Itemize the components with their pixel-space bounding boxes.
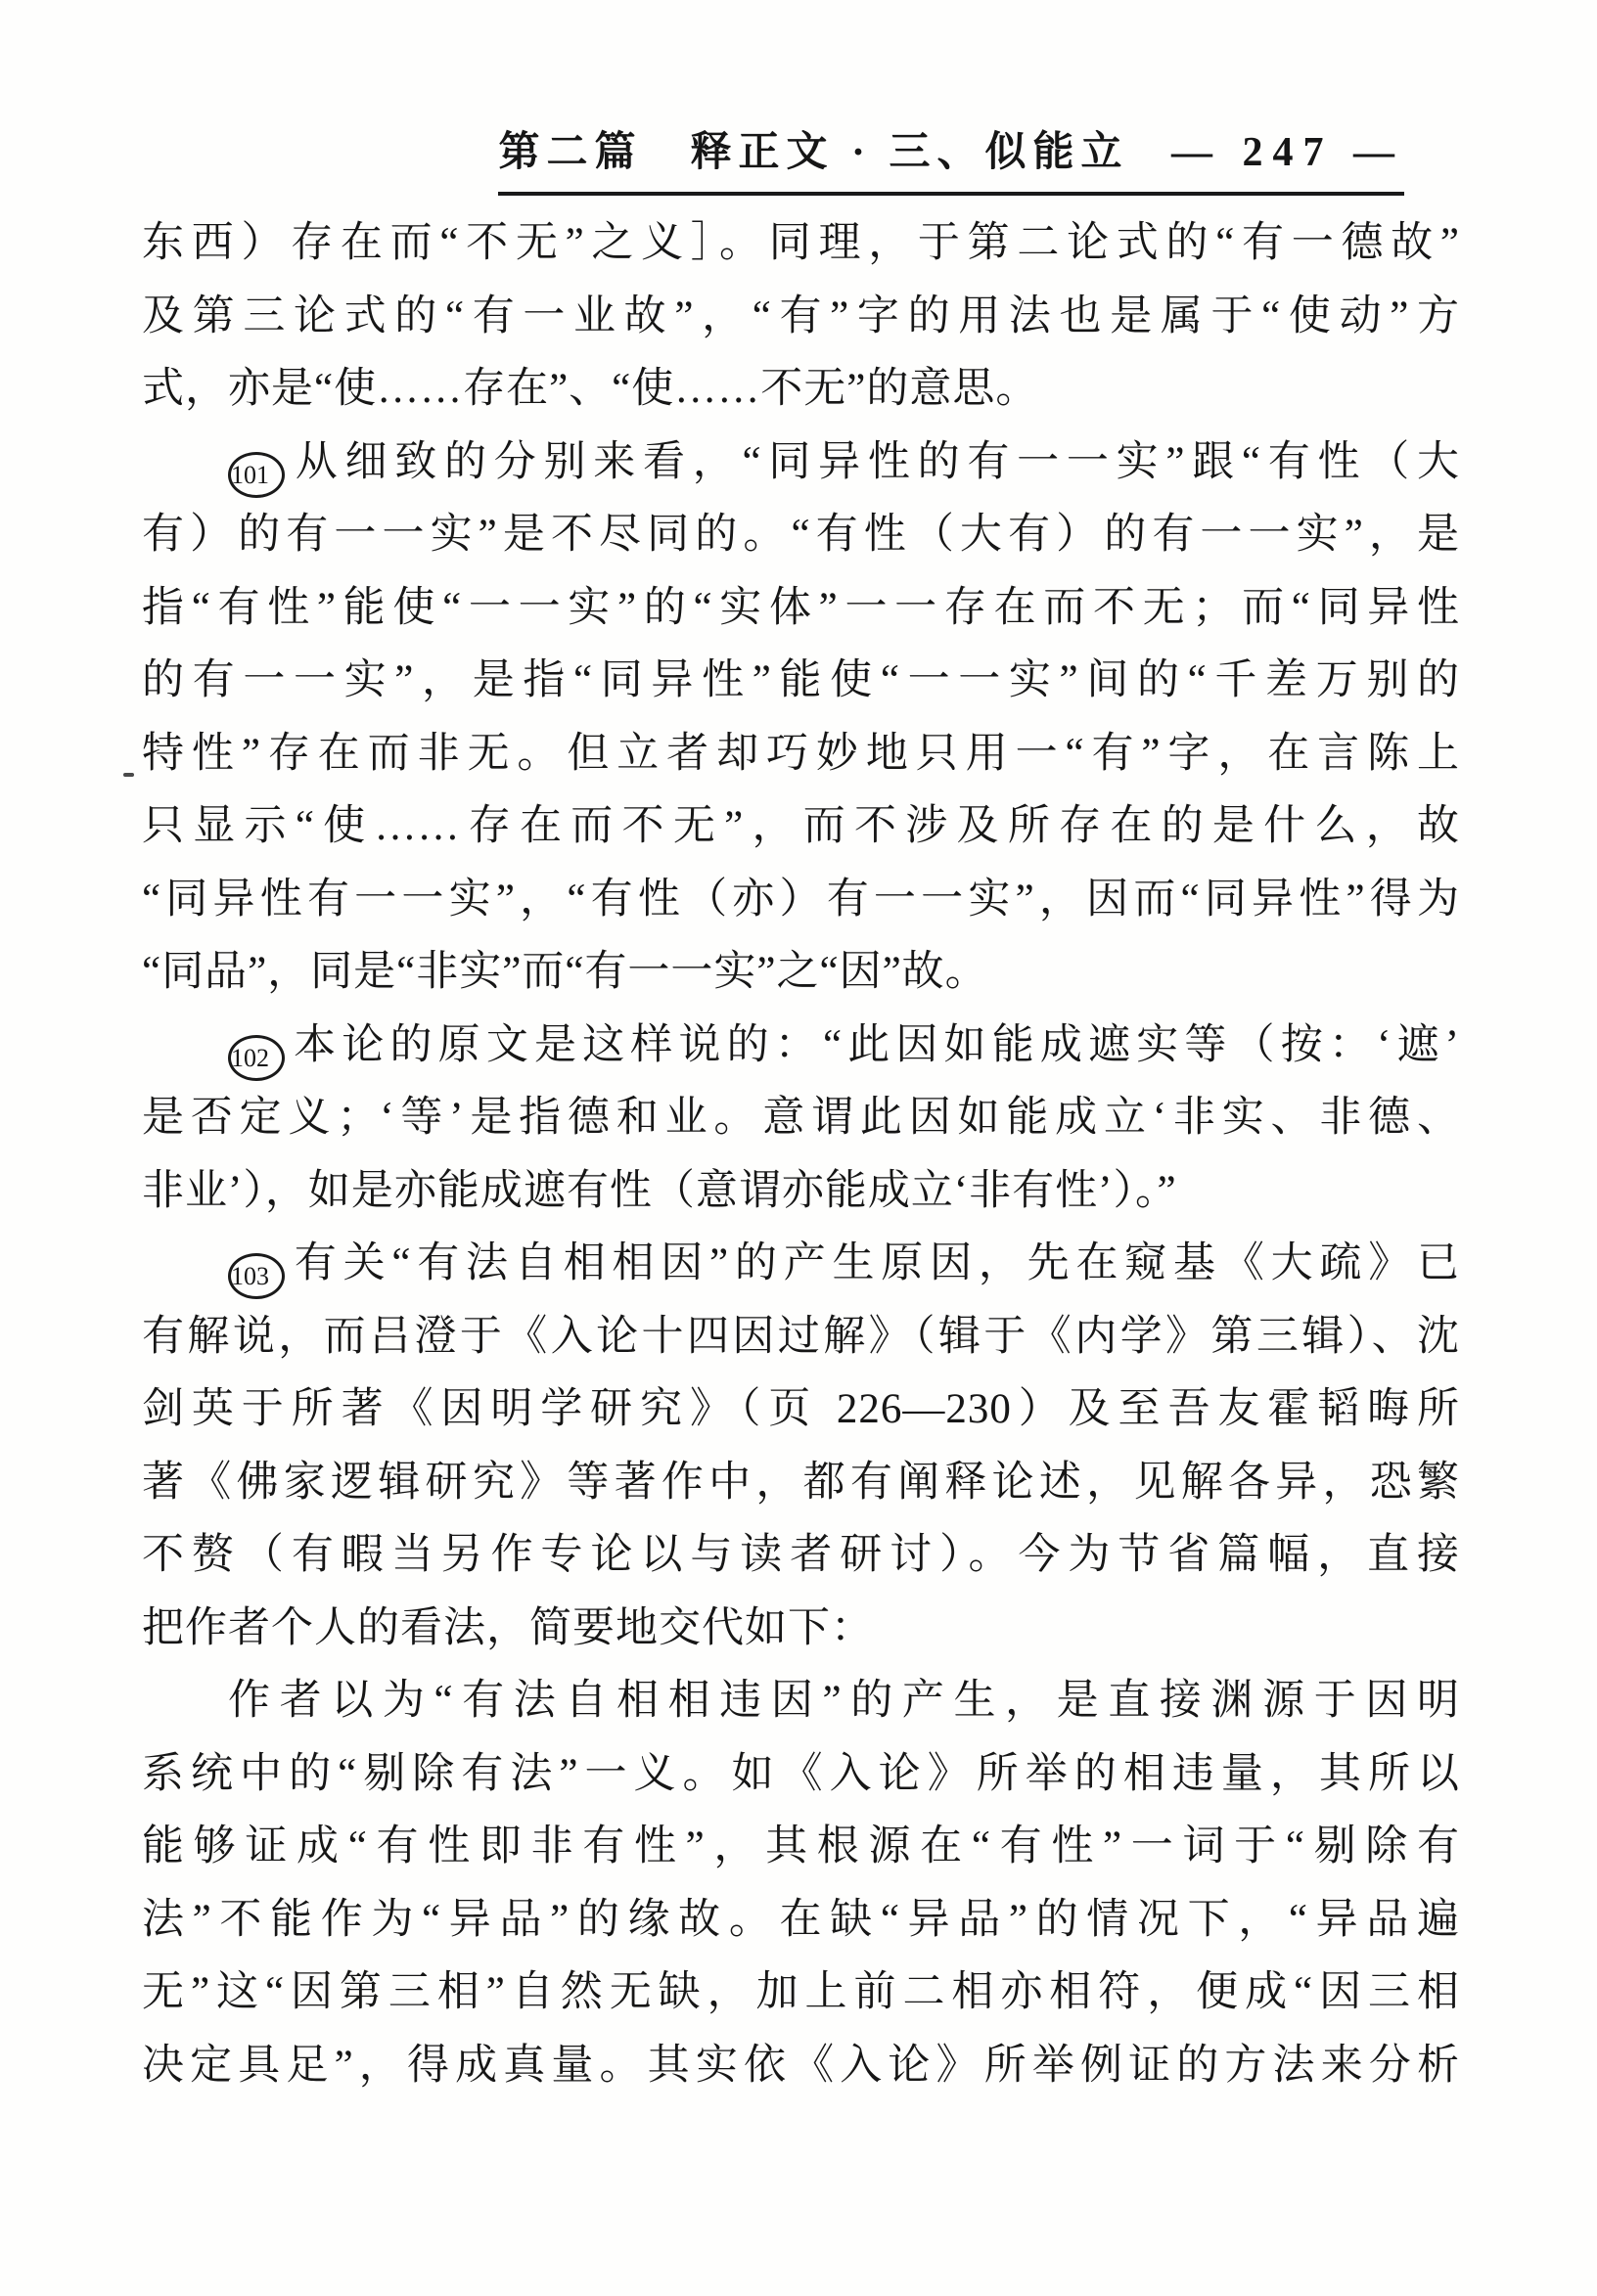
text-line-content: 本论的原文是这样说的：“此因如能成遮实等（按：‘遮’ xyxy=(289,1022,1460,1068)
text-line: 是否定义；‘等’是指德和业。意谓此因如能成立‘非实、非德、 xyxy=(142,1082,1460,1155)
text-line: 式，亦是“使……存在”、“使……不无”的意思。 xyxy=(142,353,1460,427)
text-line: 无”这“因第三相”自然无缺，加上前二相亦相符，便成“因三相 xyxy=(142,1957,1460,2030)
page-header: 第二篇 释正文 · 三、似能立 — 247 — xyxy=(498,119,1404,196)
scan-artifact-mark xyxy=(123,773,134,777)
body-text: 东西）存在而“不无”之义］。同理，于第二论式的“有一德故” 及第三论式的“有一业… xyxy=(142,207,1460,2102)
text-line: 不赘（有暇当另作专论以与读者研讨）。今为节省篇幅，直接 xyxy=(142,1519,1460,1593)
text-line: 非业’），如是亦能成遮有性（意谓亦能成立‘非有性’）。” xyxy=(142,1155,1460,1229)
text-line: 101从细致的分别来看，“同异性的有一一实”跟“有性（大 xyxy=(142,427,1460,500)
text-line: 剑英于所著《因明学研究》（页 226—230）及至吾友霍韬晦所 xyxy=(142,1373,1460,1447)
text-line: 有解说，而吕澄于《入论十四因过解》（辑于《内学》第三辑）、沈 xyxy=(142,1301,1460,1374)
text-line: 著《佛家逻辑研究》等著作中，都有阐释论述，见解各异，恐繁 xyxy=(142,1447,1460,1520)
text-line: 东西）存在而“不无”之义］。同理，于第二论式的“有一德故” xyxy=(142,207,1460,281)
text-line: 特性”存在而非无。但立者却巧妙地只用一“有”字，在言陈上 xyxy=(142,718,1460,791)
text-line: 只显示“使……存在而不无”，而不涉及所存在的是什么，故 xyxy=(142,790,1460,864)
text-line: “同异性有一一实”，“有性（亦）有一一实”，因而“同异性”得为 xyxy=(142,864,1460,937)
header-rule: 第二篇 释正文 · 三、似能立 — 247 — xyxy=(498,119,1404,196)
text-line-content: 从细致的分别来看，“同异性的有一一实”跟“有性（大 xyxy=(289,439,1460,485)
text-line-content: 有关“有法自相相因”的产生原因，先在窥基《大疏》已 xyxy=(289,1240,1460,1286)
section-title: 第二篇 释正文 · 三、似能立 xyxy=(498,130,1128,175)
paragraph-number-102: 102 xyxy=(228,1035,285,1081)
text-line: 作者以为“有法自相相违因”的产生，是直接渊源于因明 xyxy=(142,1665,1460,1738)
text-line: 的有一一实”，是指“同异性”能使“一一实”间的“千差万别的 xyxy=(142,645,1460,718)
text-line: 有）的有一一实”是不尽同的。“有性（大有）的有一一实”，是 xyxy=(142,499,1460,572)
text-line: 能够证成“有性即非有性”，其根源在“有性”一词于“剔除有 xyxy=(142,1811,1460,1884)
text-line: 102本论的原文是这样说的：“此因如能成遮实等（按：‘遮’ xyxy=(142,1010,1460,1083)
text-line: 指“有性”能使“一一实”的“实体”一一存在而不无；而“同异性 xyxy=(142,572,1460,646)
page-number-display: — 247 — xyxy=(1171,130,1404,175)
text-line: 103有关“有法自相相因”的产生原因，先在窥基《大疏》已 xyxy=(142,1228,1460,1301)
text-line: 系统中的“剔除有法”一义。如《入论》所举的相违量，其所以 xyxy=(142,1738,1460,1812)
paragraph-number-101: 101 xyxy=(228,452,285,498)
book-page: 第二篇 释正文 · 三、似能立 — 247 — 东西）存在而“不无”之义］。同理… xyxy=(0,0,1597,2296)
text-line: 法”不能作为“异品”的缘故。在缺“异品”的情况下，“异品遍 xyxy=(142,1884,1460,1958)
text-line: 把作者个人的看法，简要地交代如下： xyxy=(142,1593,1460,1666)
paragraph-number-103: 103 xyxy=(228,1253,285,1299)
text-line: “同品”，同是“非实”而“有一一实”之“因”故。 xyxy=(142,936,1460,1010)
text-line: 及第三论式的“有一业故”，“有”字的用法也是属于“使动”方 xyxy=(142,281,1460,354)
text-line: 决定具足”，得成真量。其实依《入论》所举例证的方法来分析 xyxy=(142,2030,1460,2103)
